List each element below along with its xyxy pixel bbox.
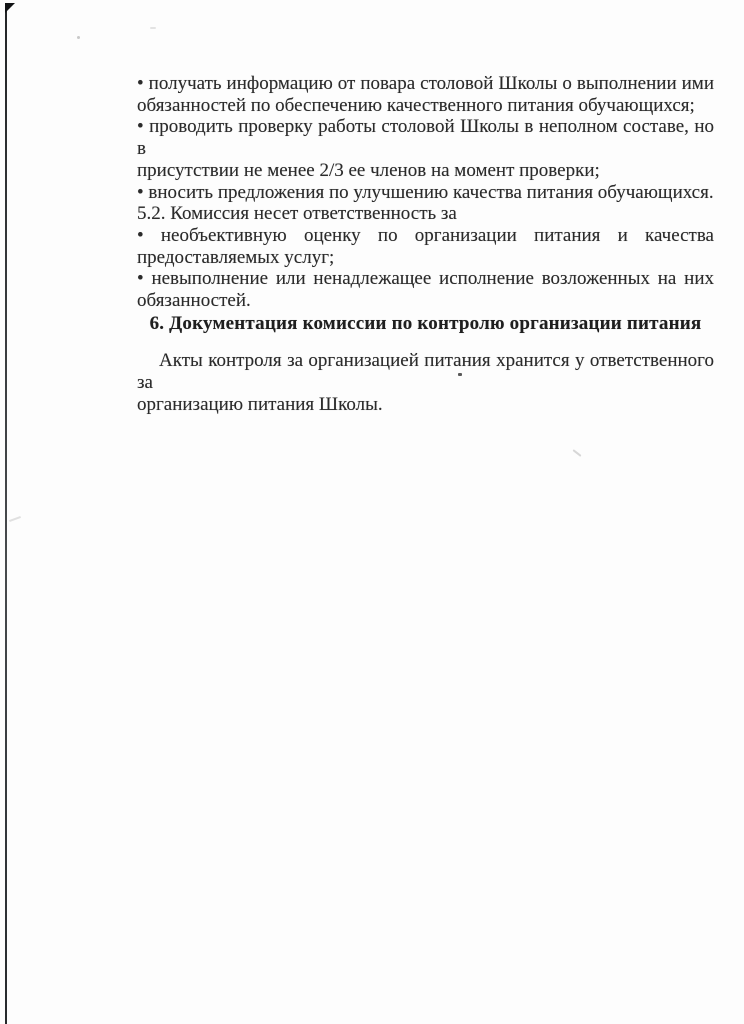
bullet-line-continuation: обязанностей по обеспечению качественног… — [137, 95, 714, 117]
bullet-line-continuation: предоставляемых услуг; — [137, 247, 714, 269]
bullet-line-continuation: обязанностей. — [137, 290, 714, 312]
scanned-document-page: ˅ • получать информацию от повара столов… — [0, 0, 744, 1024]
bullet-line-continuation: присутствии не менее 2/3 ее членов на мо… — [137, 160, 714, 182]
bullet-line: • вносить предложения по улучшению качес… — [137, 182, 714, 204]
bullet-line: • невыполнение или ненадлежащее исполнен… — [137, 268, 714, 290]
bullet-line: • получать информацию от повара столовой… — [137, 73, 714, 95]
bullet-line: • необъективную оценку по организации пи… — [137, 225, 714, 247]
scan-speck — [77, 36, 80, 39]
closing-paragraph: Акты контроля за организацией питания хр… — [137, 350, 714, 415]
clause-5-2-line: 5.2. Комиссия несет ответственность за — [137, 203, 714, 225]
scan-corner-fold — [5, 3, 15, 13]
scan-speck — [150, 27, 156, 29]
document-text-block: • получать информацию от повара столовой… — [137, 73, 714, 416]
bullet-line: • проводить проверку работы столовой Шко… — [137, 116, 714, 159]
scan-speck — [572, 449, 581, 457]
closing-paragraph-line: Акты контроля за организацией питания хр… — [137, 350, 714, 393]
scan-edge-line — [5, 3, 7, 1024]
closing-paragraph-line: организацию питания Школы. — [137, 394, 714, 416]
section-6-heading: 6. Документация комиссии по контролю орг… — [137, 313, 714, 335]
scan-speck — [9, 516, 21, 522]
